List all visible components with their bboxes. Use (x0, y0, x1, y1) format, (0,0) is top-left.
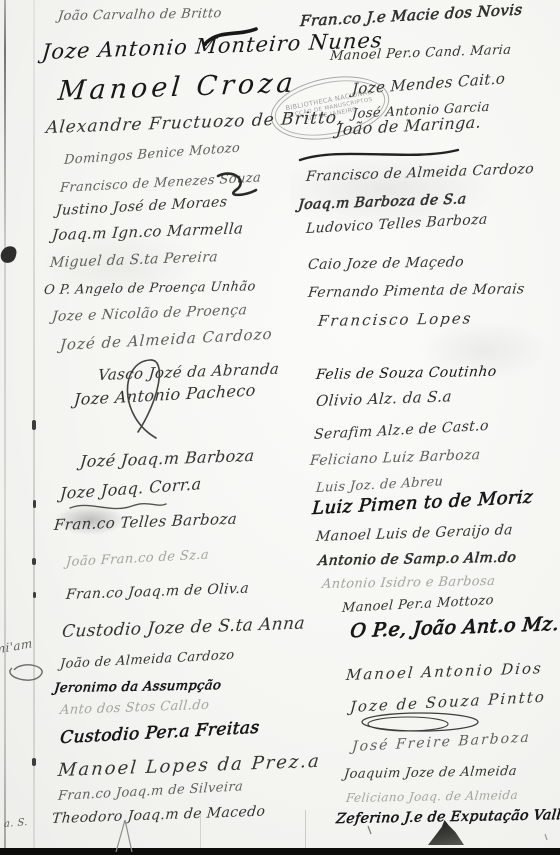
scan-left-border (4, 0, 6, 855)
signature: Manoel Lopes da Prez.a (57, 753, 321, 780)
edge-mark (33, 592, 36, 598)
signature: Justino José de Moraes (56, 195, 228, 218)
signature: Jozé Joaq.m Barboza (79, 448, 255, 470)
signature: João de Maringa. (335, 114, 481, 138)
signature: Fran.co Joaq.m de Oliv.a (65, 582, 249, 602)
signature: Francisco de Menezes Souza (60, 171, 262, 195)
signature: Francisco de Almeida Cardozo (305, 162, 534, 184)
edge-mark (33, 500, 36, 508)
signature: Custodio Joze de S.ta Anna (61, 615, 305, 641)
signature: Joze Antonio Pacheco (73, 382, 256, 408)
signature: Joaquim Joze de Almeida (343, 765, 517, 781)
edge-mark (32, 420, 36, 430)
signature: Theodoro Joaq.m de Macedo (51, 805, 266, 827)
margin-note: a. S. (4, 818, 28, 830)
signature: O P. Angelo de Proença Unhão (43, 280, 256, 297)
signature: Fran.co Joaq.m de Silveira (58, 780, 244, 803)
signature: Joze de Souza Pintto (349, 690, 546, 715)
margin-flourish (10, 665, 42, 680)
edge-mark (32, 558, 36, 565)
signature: Feliciano Joaq. de Almeida (345, 789, 518, 804)
signature: Fran.co J.e Macie dos Novis (299, 2, 522, 29)
signature: Fernando Pimenta de Morais (307, 282, 525, 300)
signature: Olivio Alz. da S.a (315, 389, 452, 409)
stray-mark (368, 826, 371, 834)
edge-mark (32, 758, 36, 766)
signature: Joze Mendes Cait.o (352, 71, 506, 97)
signature: Francisco Lopes (317, 311, 473, 329)
signature: Joaq.m Ign.co Marmella (51, 221, 244, 243)
signature: Jozé de Almeida Cardozo (59, 327, 273, 353)
signature: Ludovico Telles Barboza (306, 212, 489, 236)
signature: Zeferino J.e de Exputação Vallado (335, 808, 560, 826)
signature: Joze e Nicolão de Proença (51, 303, 247, 324)
signature: Domingos Benice Motozo (64, 142, 241, 167)
signature: Miguel da S.ta Pereira (49, 250, 218, 270)
flourish-rubrica (368, 717, 448, 731)
signature: Jeronimo da Assumpção (53, 679, 221, 695)
signature: Feliciano Luiz Barboza (309, 448, 481, 468)
signature: José Freire Barboza (352, 731, 532, 754)
fold-line (305, 810, 306, 852)
scan-bottom-border (0, 848, 560, 855)
signature: Manoel Croza (57, 70, 298, 105)
flourish-stroke (70, 504, 166, 509)
signature: João de Almeida Cardozo (60, 649, 235, 671)
signature: Fran.co Telles Barboza (53, 512, 237, 533)
signature: Caio Joze de Maçedo (307, 255, 465, 272)
flourish-stroke (300, 150, 458, 160)
signature: Antonio de Samp.o Alm.do (317, 551, 517, 568)
signature: Manoel Luis de Geraijo da (315, 523, 513, 544)
signature: João Carvalho de Britto (57, 7, 222, 23)
ink-blot-left-edge (0, 245, 18, 265)
signature: João Fran.co de Sz.a (66, 548, 210, 569)
signature: Anto dos Stos Call.do (59, 699, 209, 717)
margin-note: mi'am (0, 637, 33, 656)
signature: Joaq.m Barboza de S.a (297, 192, 467, 212)
stray-mark (545, 834, 547, 840)
flourish-rubrica (362, 713, 478, 731)
signature: Felis de Souza Coutinho (315, 365, 497, 382)
signature: Serafim Alz.e de Cast.o (314, 419, 490, 442)
signature: Manoel Per.a Mottozo (342, 594, 495, 615)
manuscript-page: BIBLIOTHECA NACIONAL SECÇÃO DE MANUSCRIP… (0, 0, 560, 855)
signature: Custodio Per.a Freitas (59, 720, 259, 748)
signature: Manoel Antonio Dios (345, 661, 543, 683)
signature: Joze Joaq. Corr.a (60, 476, 202, 502)
signature: O P.e, João Ant.o Mz. Vr.a (349, 613, 560, 641)
signature: Antonio Isidro e Barbosa (321, 575, 496, 591)
